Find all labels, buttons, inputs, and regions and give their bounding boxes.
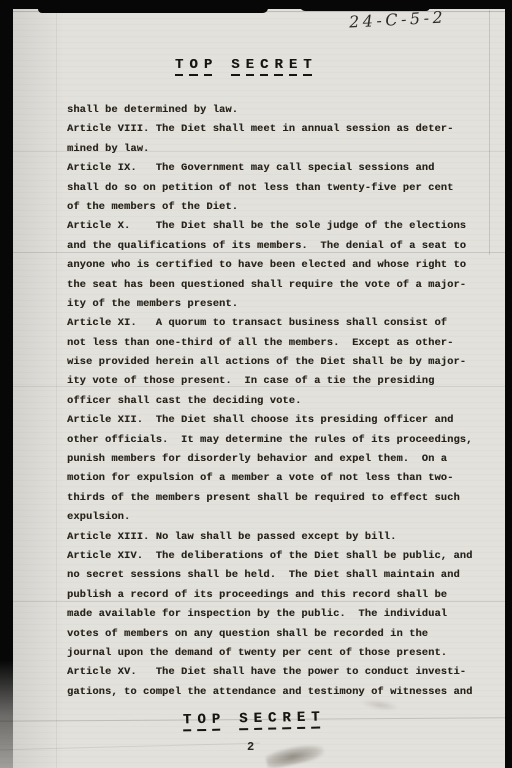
text-line: officer shall cast the deciding vote. — [67, 392, 472, 411]
text-line: Article VIII. The Diet shall meet in ann… — [67, 120, 472, 139]
text-line: motion for expulsion of a member a vote … — [67, 469, 472, 488]
text-line: no secret sessions shall be held. The Di… — [67, 566, 472, 585]
text-line: the seat has been questioned shall requi… — [67, 276, 472, 295]
text-line: wise provided herein all actions of the … — [67, 353, 472, 372]
text-line: Article XV. The Diet shall have the powe… — [67, 663, 472, 682]
ink-smudge — [265, 741, 325, 768]
scan-edge-top — [0, 0, 512, 9]
text-line: made available for inspection by the pub… — [67, 605, 472, 624]
top-secret-header: TOP SECRET — [172, 57, 315, 76]
text-line: not less than one-third of all the membe… — [67, 334, 472, 353]
page-number: 2 — [247, 740, 254, 754]
text-line: mined by law. — [67, 140, 472, 159]
scan-edge-left — [0, 0, 13, 768]
text-line: thirds of the members present shall be r… — [67, 489, 472, 508]
text-line: Article IX. The Government may call spec… — [67, 159, 472, 178]
text-line: publish a record of its proceedings and … — [67, 586, 472, 605]
text-line: of the members of the Diet. — [67, 198, 472, 217]
handwritten-reference-number: 24-C-5-2 — [349, 7, 447, 31]
document-body: shall be determined by law.Article VIII.… — [67, 101, 472, 702]
text-line: punish members for disorderly behavior a… — [67, 450, 472, 469]
scan-edge-right — [505, 0, 512, 768]
text-line: Article XIV. The deliberations of the Di… — [67, 547, 472, 566]
text-line: other officials. It may determine the ru… — [67, 431, 472, 450]
text-line: expulsion. — [67, 508, 472, 527]
scanned-document-page: 24-C-5-2 TOP SECRET shall be determined … — [0, 0, 512, 768]
page-edge-line — [489, 10, 490, 255]
text-line: Article X. The Diet shall be the sole ju… — [67, 217, 472, 236]
text-line: ity vote of those present. In case of a … — [67, 372, 472, 391]
top-secret-footer: TOP SECRET — [180, 710, 323, 732]
text-line: Article XI. A quorum to transact busines… — [67, 314, 472, 333]
text-line: Article XIII. No law shall be passed exc… — [67, 528, 472, 547]
text-line: shall do so on petition of not less than… — [67, 179, 472, 198]
paper-crease-line — [56, 0, 57, 768]
text-line: shall be determined by law. — [67, 101, 472, 120]
text-line: journal upon the demand of twenty per ce… — [67, 644, 472, 663]
text-line: gations, to compel the attendance and te… — [67, 683, 472, 702]
text-line: ity of the members present. — [67, 295, 472, 314]
text-line: Article XII. The Diet shall choose its p… — [67, 411, 472, 430]
paper-shading — [13, 0, 65, 768]
text-line: and the qualifications of its members. T… — [67, 237, 472, 256]
text-line: anyone who is certified to have been ele… — [67, 256, 472, 275]
text-line: votes of members on any question shall b… — [67, 625, 472, 644]
